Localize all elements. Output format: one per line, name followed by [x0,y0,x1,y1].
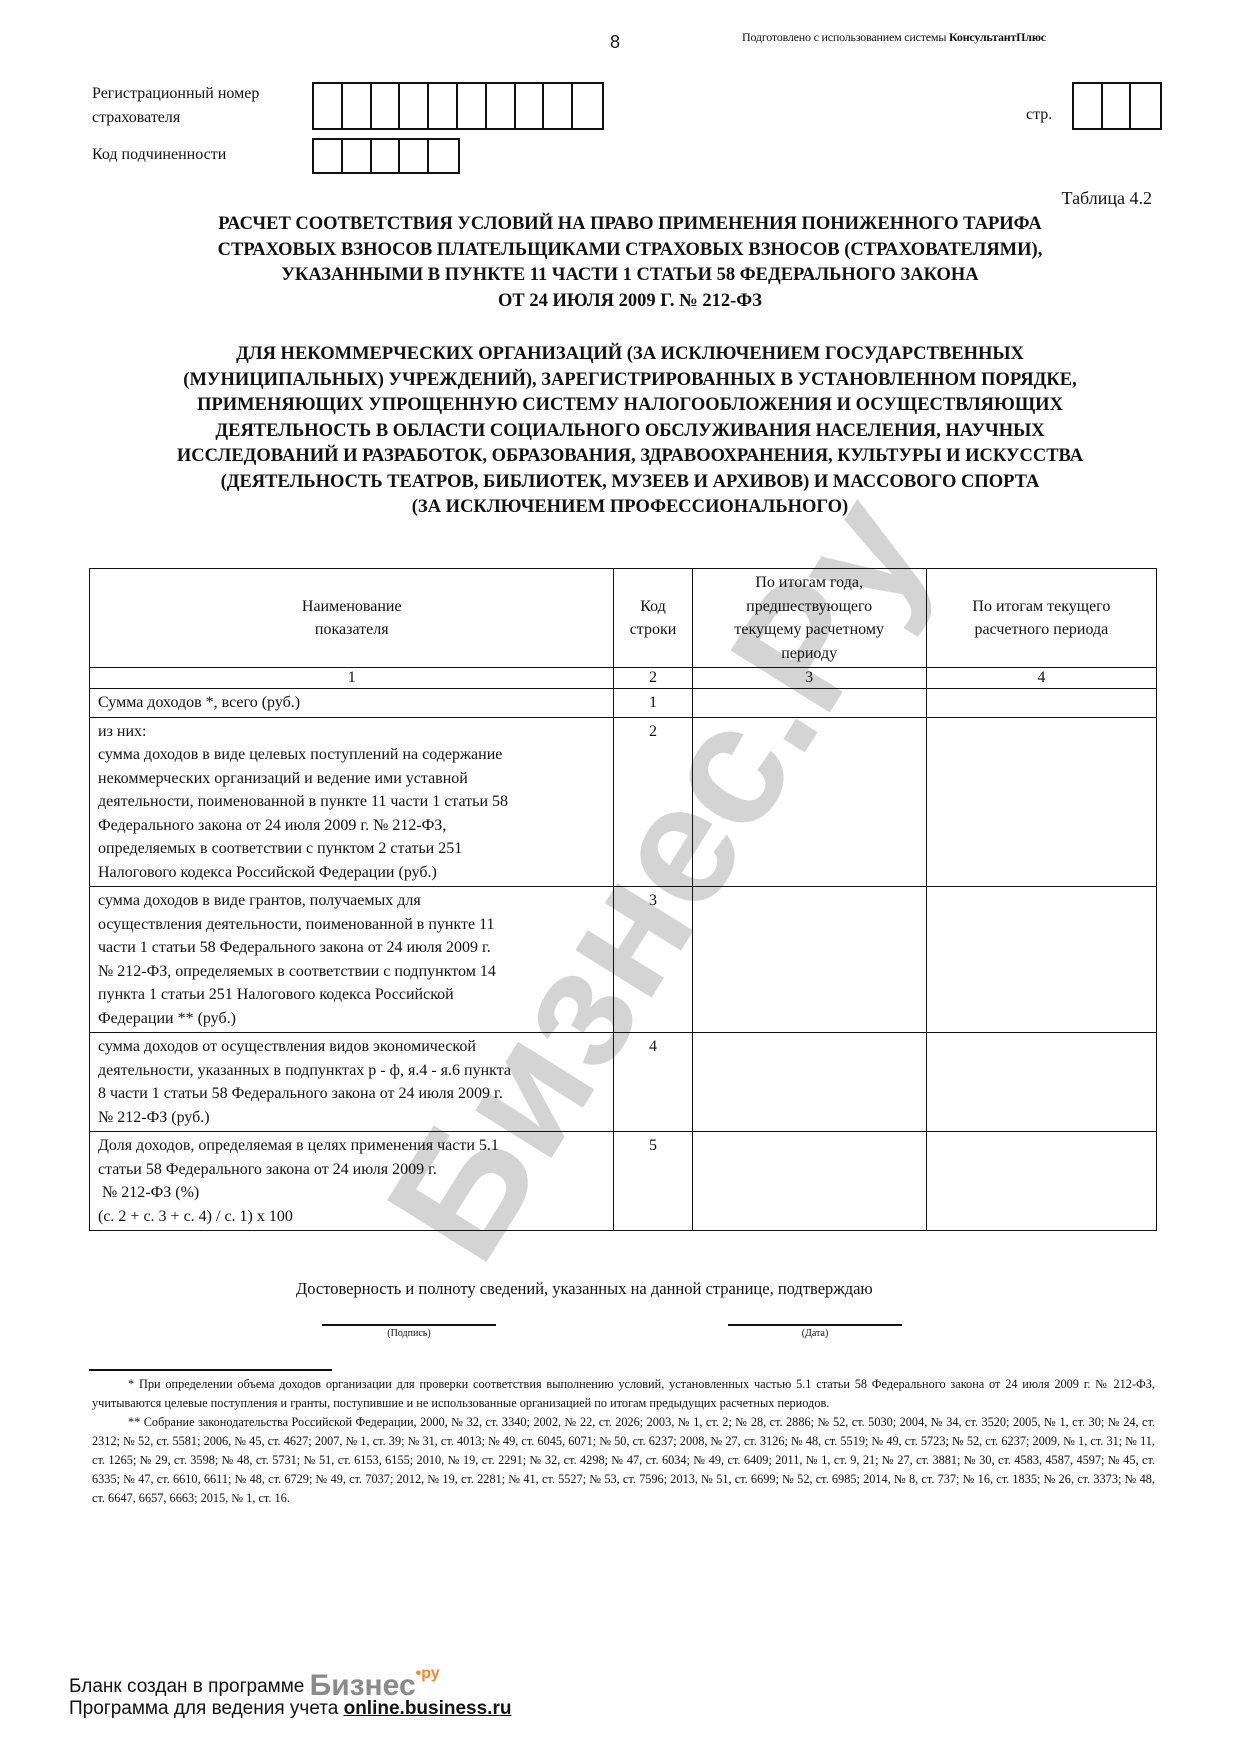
previous-year-value[interactable] [692,887,926,1033]
previous-year-value[interactable] [692,689,926,718]
confirmation-text: Достоверность и полноту сведений, указан… [296,1279,873,1299]
consultant-brand: КонсультантПлюс [949,30,1046,44]
header-current-period: По итогам текущегорасчетного периода [926,569,1156,668]
title-line: (ДЕЯТЕЛЬНОСТЬ ТЕАТРОВ, БИБЛИОТЕК, МУЗЕЕВ… [100,470,1160,496]
title-line: УКАЗАННЫМИ В ПУНКТЕ 11 ЧАСТИ 1 СТАТЬИ 58… [100,263,1160,289]
column-number: 2 [614,668,692,689]
column-number: 1 [90,668,614,689]
char-box[interactable] [343,140,372,172]
char-box[interactable] [429,84,458,128]
reg-number-label: Регистрационный номер страхователя [92,82,292,130]
char-box[interactable] [1074,84,1103,128]
char-box[interactable] [429,140,458,172]
line-code: 3 [614,887,692,1033]
promo-line-1: Бланк создан в программе Бизнес•ру [69,1666,511,1698]
consultant-note: Подготовлено с использованием системы Ко… [742,30,1046,45]
table-row: из них:сумма доходов в виде целевых пост… [90,717,1157,887]
form-subtitle: ДЛЯ НЕКОММЕРЧЕСКИХ ОРГАНИЗАЦИЙ (ЗА ИСКЛЮ… [100,342,1160,521]
footnote-separator [89,1369,332,1371]
previous-year-value[interactable] [692,717,926,887]
title-line: СТРАХОВЫХ ВЗНОСОВ ПЛАТЕЛЬЩИКАМИ СТРАХОВЫ… [100,238,1160,264]
reg-number-field[interactable] [312,82,604,130]
title-line: (ЗА ИСКЛЮЧЕНИЕМ ПРОФЕССИОНАЛЬНОГО) [100,495,1160,521]
title-line: ОТ 24 ИЮЛЯ 2009 Г. № 212-ФЗ [100,289,1160,315]
current-period-value[interactable] [926,1033,1156,1132]
table-row: Сумма доходов *, всего (руб.)1 [90,689,1157,718]
page-label: стр. [1026,106,1052,124]
indicator-name: сумма доходов от осуществления видов эко… [90,1033,614,1132]
column-number-row: 1 2 3 4 [90,668,1157,689]
signature-caption: (Подпись) [322,1328,496,1339]
table-row: Доля доходов, определяемая в целях приме… [90,1132,1157,1231]
char-box[interactable] [314,140,343,172]
line-code: 4 [614,1033,692,1132]
brand-name: Бизнес [310,1669,416,1702]
header-previous-year: По итогам года,предшествующеготекущему р… [692,569,926,668]
indicator-name: Доля доходов, определяемая в целях приме… [90,1132,614,1231]
current-period-value[interactable] [926,1132,1156,1231]
char-box[interactable] [372,140,401,172]
title-line: ИССЛЕДОВАНИЙ И РАЗРАБОТОК, ОБРАЗОВАНИЯ, … [100,444,1160,470]
line-code: 1 [614,689,692,718]
char-box[interactable] [1131,84,1160,128]
current-period-value[interactable] [926,689,1156,718]
char-box[interactable] [516,84,545,128]
date-caption: (Дата) [728,1328,902,1339]
promo-line-2: Программа для ведения учета online.busin… [69,1698,511,1720]
consultant-note-text: Подготовлено с использованием системы [742,30,946,44]
indicator-name: из них:сумма доходов в виде целевых пост… [90,717,614,887]
title-line: ДЕЯТЕЛЬНОСТЬ В ОБЛАСТИ СОЦИАЛЬНОГО ОБСЛУ… [100,419,1160,445]
brand-logo: Бизнес•ру [310,1669,440,1702]
form-title: РАСЧЕТ СООТВЕТСТВИЯ УСЛОВИЙ НА ПРАВО ПРИ… [100,212,1160,314]
indicator-name: Сумма доходов *, всего (руб.) [90,689,614,718]
line-code: 2 [614,717,692,887]
char-box[interactable] [487,84,516,128]
previous-year-value[interactable] [692,1033,926,1132]
previous-year-value[interactable] [692,1132,926,1231]
line-code: 5 [614,1132,692,1231]
char-box[interactable] [343,84,372,128]
promo-text: Бланк создан в программе [69,1676,304,1697]
title-line: РАСЧЕТ СООТВЕТСТВИЯ УСЛОВИЙ НА ПРАВО ПРИ… [100,212,1160,238]
char-box[interactable] [573,84,602,128]
footnotes: * При определении объема доходов организ… [92,1375,1155,1508]
char-box[interactable] [544,84,573,128]
char-box[interactable] [458,84,487,128]
page-number: 8 [610,32,620,53]
char-box[interactable] [1103,84,1132,128]
column-number: 4 [926,668,1156,689]
current-period-value[interactable] [926,887,1156,1033]
table-row: сумма доходов от осуществления видов эко… [90,1033,1157,1132]
indicator-name: сумма доходов в виде грантов, получаемых… [90,887,614,1033]
date-line[interactable] [728,1324,902,1326]
footnote: * При определении объема доходов организ… [92,1375,1155,1413]
promo-text: Программа для ведения учета [69,1698,338,1719]
header-line-code: Кодстроки [614,569,692,668]
calculation-table: Наименованиепоказателя Кодстроки По итог… [89,568,1157,1231]
signature-line[interactable] [322,1324,496,1326]
table-row: сумма доходов в виде грантов, получаемых… [90,887,1157,1033]
header-indicator-name: Наименованиепоказателя [90,569,614,668]
page-field[interactable] [1072,82,1162,130]
subordination-code-label: Код подчиненности [92,146,226,164]
current-period-value[interactable] [926,717,1156,887]
subordination-code-field[interactable] [312,138,460,174]
char-box[interactable] [372,84,401,128]
char-box[interactable] [314,84,343,128]
footnote: ** Собрание законодательства Российской … [92,1413,1155,1508]
promo-block: Бланк создан в программе Бизнес•ру Прогр… [69,1666,511,1720]
table-header-row: Наименованиепоказателя Кодстроки По итог… [90,569,1157,668]
title-line: (МУНИЦИПАЛЬНЫХ) УЧРЕЖДЕНИЙ), ЗАРЕГИСТРИР… [100,368,1160,394]
title-line: ПРИМЕНЯЮЩИХ УПРОЩЕННУЮ СИСТЕМУ НАЛОГООБЛ… [100,393,1160,419]
title-line: ДЛЯ НЕКОММЕРЧЕСКИХ ОРГАНИЗАЦИЙ (ЗА ИСКЛЮ… [100,342,1160,368]
char-box[interactable] [400,140,429,172]
table-number: Таблица 4.2 [1062,188,1152,209]
char-box[interactable] [400,84,429,128]
brand-suffix: •ру [416,1665,440,1682]
column-number: 3 [692,668,926,689]
